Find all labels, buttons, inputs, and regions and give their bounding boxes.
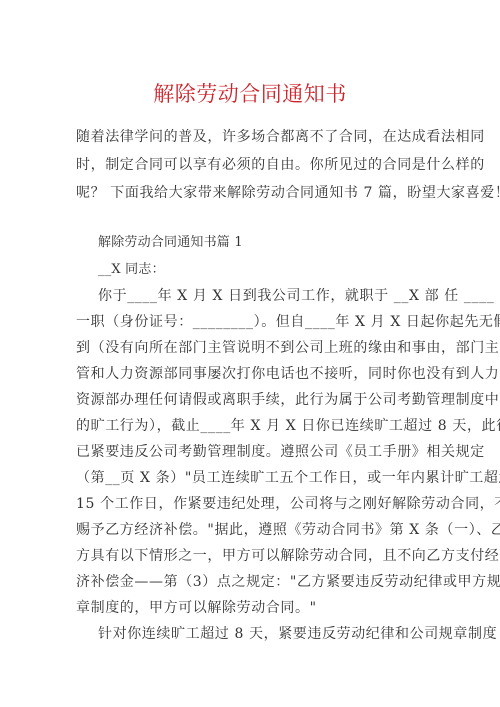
salutation: __X 同志：: [98, 258, 165, 277]
body-line-10: 赐予乙方经济补偿。"据此，遵照《劳动合同书》第 X 条（一）、乙: [76, 519, 500, 539]
body-line-6: 的旷工行为），截止____年 X 月 X 日你已连续旷工超过 8 天，此行为: [76, 415, 500, 435]
body-line-2: 一职（身份证号：________）。但自____年 X 月 X 日起你起先无假不: [76, 311, 500, 331]
intro-line-1: 随着法律学问的普及，许多场合都离不了合同，在达成看法相同: [76, 126, 485, 146]
body-line-12: 济补偿金——第（3）点之规定："乙方紧要违反劳动纪律或甲方规: [76, 571, 500, 591]
intro-line-2: 时，制定合同可以享有必须的自由。你所见过的合同是什么样的: [76, 154, 485, 174]
document-title: 解除劳动合同通知书: [0, 78, 500, 108]
body-line-11: 方具有以下情形之一，甲方可以解除劳动合同，且不向乙方支付经: [76, 545, 499, 565]
body-line-13: 章制度的，甲方可以解除劳动合同。": [76, 597, 317, 617]
body-line-4: 管和人力资源部同事屡次打你电话也不接听，同时你也没有到人力: [76, 363, 499, 383]
body-line-7: 已紧要违反公司考勤管理制度。遵照公司《员工手册》相关规定: [76, 441, 485, 461]
intro-line-3: 呢？ 下面我给大家带来解除劳动合同通知书 7 篇，盼望大家喜爱！: [76, 182, 500, 202]
document-page: 解除劳动合同通知书 随着法律学问的普及，许多场合都离不了合同，在达成看法相同 时…: [0, 0, 500, 707]
body-line-1: 你于____年 X 月 X 日到我公司工作，就职于 __X 部 任 ____: [98, 285, 494, 305]
body-line-8: （第__页 X 条）"员工连续旷工五个工作日，或一年内累计旷工超过: [76, 467, 500, 487]
body-last-line: 针对你连续旷工超过 8 天，紧要违反劳动纪律和公司规章制度: [98, 623, 497, 643]
section-heading: 解除劳动合同通知书篇 1: [98, 231, 243, 250]
body-line-3: 到（没有向所在部门主管说明不到公司上班的缘由和事由，部门主: [76, 337, 499, 357]
body-line-9: 15 个工作日，作紧要违纪处理，公司将与之刚好解除劳动合同，不: [76, 493, 500, 513]
body-line-5: 资源部办理任何请假或离职手续，此行为属于公司考勤管理制度中: [76, 389, 499, 409]
